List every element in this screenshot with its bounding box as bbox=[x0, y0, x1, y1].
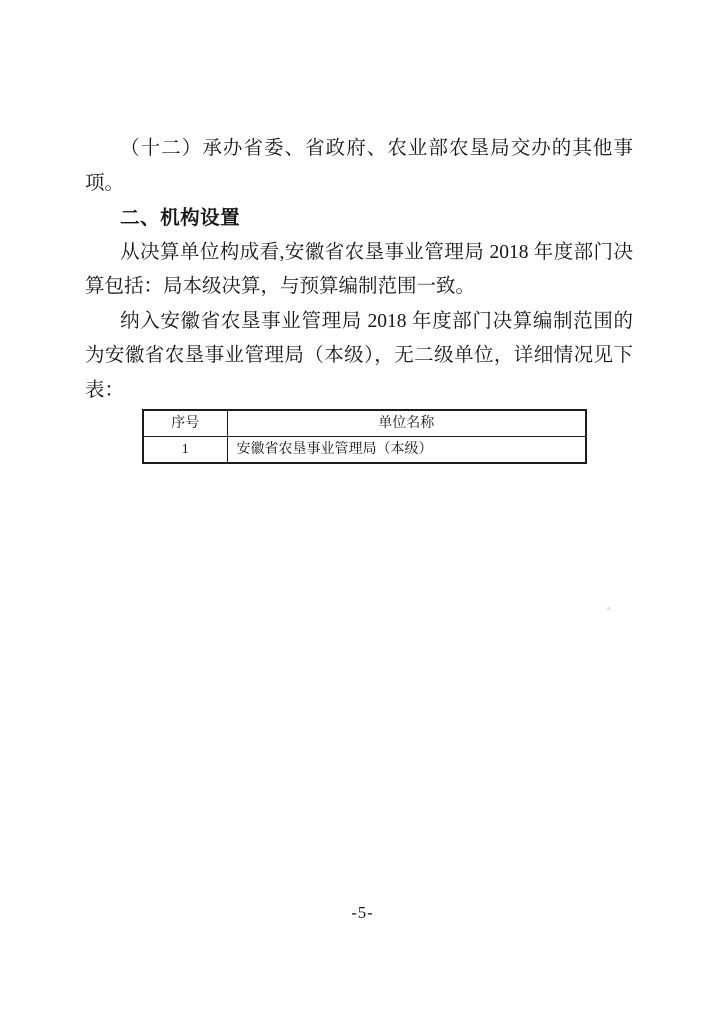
units-table-header-row: 序号 单位名称 bbox=[143, 410, 586, 437]
item-line-12: （十二）承办省委、省政府、农业部农垦局交办的其他事项。 bbox=[85, 132, 633, 201]
paragraph-budget-overview: 从决算单位构成看,安徽省农垦事业管理局 2018 年度部门决算包括：局本级决算，… bbox=[85, 236, 633, 305]
document-body: （十二）承办省委、省政府、农业部农垦局交办的其他事项。 二、机构设置 从决算单位… bbox=[85, 132, 633, 464]
units-table-header-name: 单位名称 bbox=[227, 410, 586, 437]
units-table-header-index: 序号 bbox=[143, 410, 227, 437]
units-table: 序号 单位名称 1 安徽省农垦事业管理局（本级） bbox=[142, 409, 587, 464]
table-row: 1 安徽省农垦事业管理局（本级） bbox=[143, 437, 586, 464]
scan-artifact-speck bbox=[607, 607, 610, 610]
document-page: （十二）承办省委、省政府、农业部农垦局交办的其他事项。 二、机构设置 从决算单位… bbox=[0, 0, 725, 1024]
paragraph-compilation-scope: 纳入安徽省农垦事业管理局 2018 年度部门决算编制范围的为安徽省农垦事业管理局… bbox=[85, 305, 633, 409]
unit-row-index: 1 bbox=[143, 437, 227, 464]
page-number: -5- bbox=[0, 903, 725, 923]
unit-row-name: 安徽省农垦事业管理局（本级） bbox=[227, 437, 586, 464]
section-heading-organization-setup: 二、机构设置 bbox=[85, 201, 633, 236]
